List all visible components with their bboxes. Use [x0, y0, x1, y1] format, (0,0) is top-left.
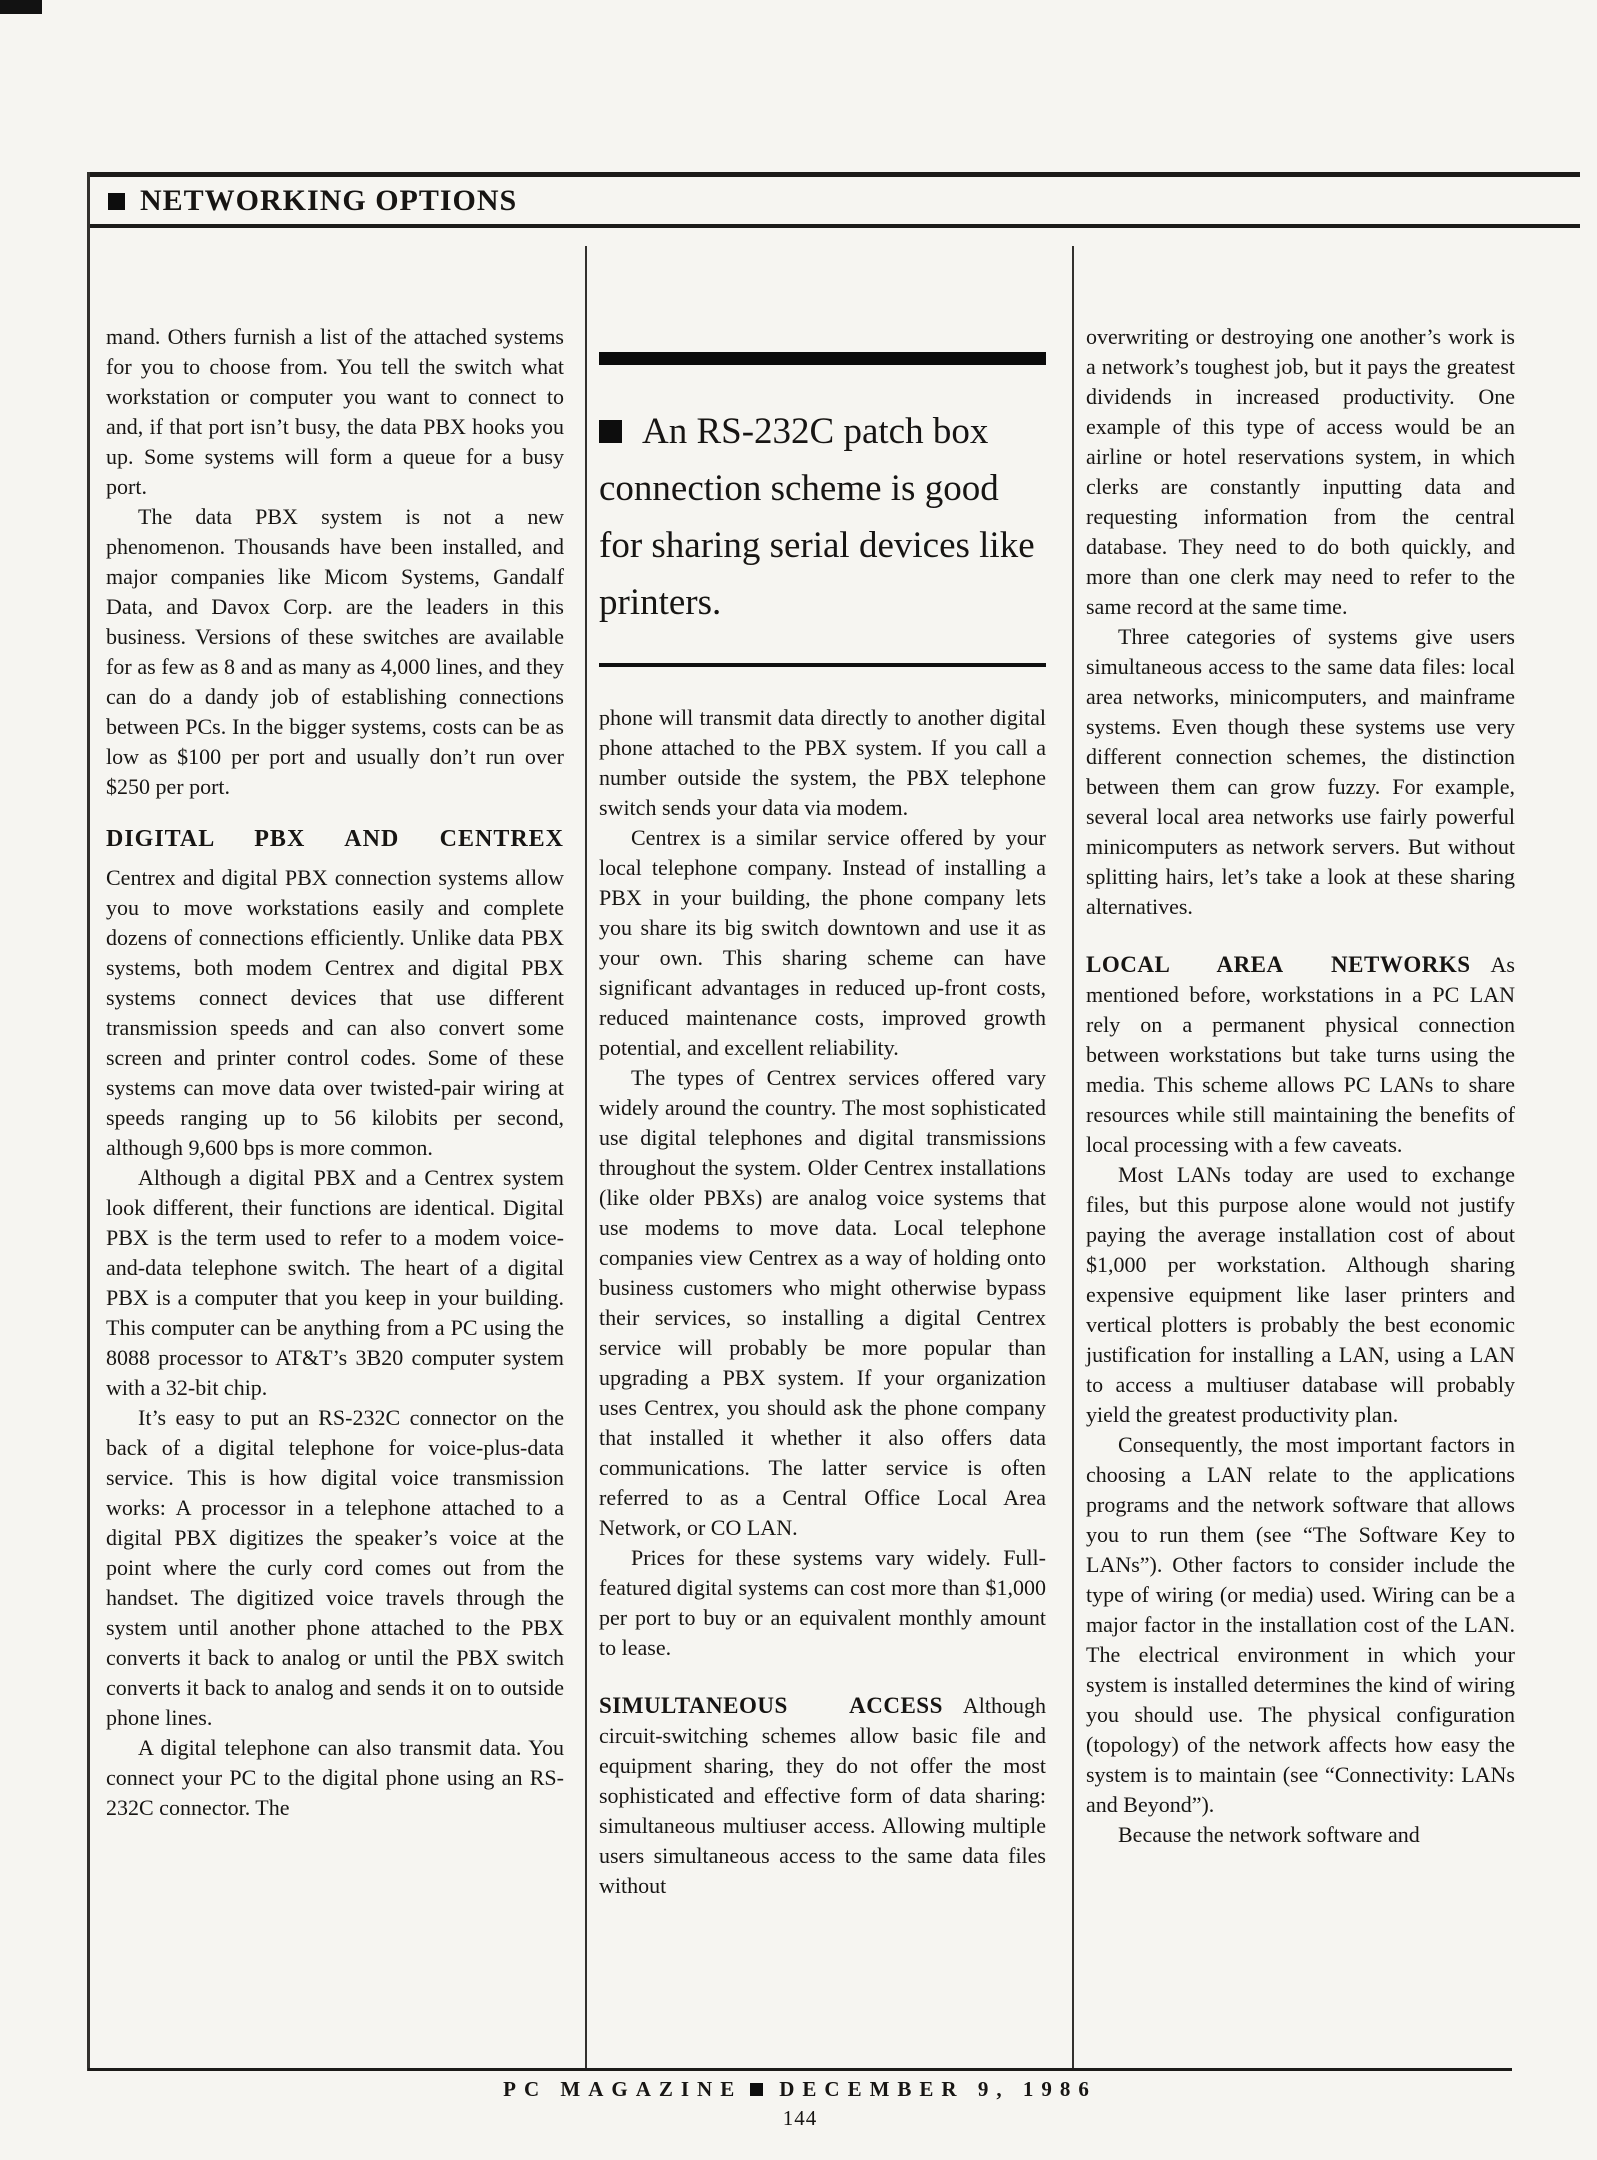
runin-text: As mentioned before, workstations in a P…: [1086, 952, 1515, 1157]
paragraph-with-runin-head: LOCAL AREA NETWORKSAs mentioned before, …: [1086, 950, 1515, 1160]
pull-quote-top-bar: [599, 352, 1046, 365]
black-square-icon: [108, 193, 125, 210]
paragraph: Prices for these systems vary widely. Fu…: [599, 1543, 1046, 1663]
footer-magazine-date: PC MAGAZINEDECEMBER 9, 1986: [88, 2077, 1512, 2102]
paragraph: Three categories of systems give users s…: [1086, 622, 1515, 922]
page-footer: PC MAGAZINEDECEMBER 9, 1986 144: [88, 2077, 1512, 2131]
paragraph: A digital telephone can also transmit da…: [106, 1733, 564, 1823]
scan-artifact: [0, 0, 42, 14]
subhead-local-area-networks: LOCAL AREA NETWORKS: [1086, 952, 1491, 977]
paragraph: The types of Centrex services offered va…: [599, 1063, 1046, 1543]
paragraph: overwriting or destroying one another’s …: [1086, 322, 1515, 622]
subhead-simultaneous-access: SIMULTANEOUS ACCESS: [599, 1693, 963, 1718]
paragraph: It’s easy to put an RS-232C connector on…: [106, 1403, 564, 1733]
black-square-icon: [750, 2083, 763, 2096]
magazine-name: PC MAGAZINE: [503, 2077, 742, 2101]
paragraph: Consequently, the most important factors…: [1086, 1430, 1515, 1820]
paragraph-with-runin-head: SIMULTANEOUS ACCESSAlthough circuit-swit…: [599, 1691, 1046, 1901]
subhead-digital-pbx-and-centrex: DIGITAL PBX AND CENTREX: [106, 826, 564, 853]
pull-quote-text: An RS-232C patch box connection scheme i…: [599, 403, 1046, 631]
header-bottom-rule: [88, 224, 1580, 228]
pull-quote-body: An RS-232C patch box connection scheme i…: [599, 411, 1035, 623]
column-divider-2: [1072, 246, 1074, 2068]
pull-quote: An RS-232C patch box connection scheme i…: [599, 352, 1046, 667]
runin-text: Although circuit-switching schemes allow…: [599, 1693, 1046, 1898]
footer-rule: [88, 2068, 1512, 2071]
paragraph: Centrex and digital PBX connection syste…: [106, 863, 564, 1163]
paragraph: phone will transmit data directly to ano…: [599, 703, 1046, 823]
paragraph: The data PBX system is not a new phenome…: [106, 502, 564, 802]
column-divider-1: [585, 246, 587, 2068]
header-top-rule: [88, 172, 1580, 177]
column-left: mand. Others furnish a list of the attac…: [106, 322, 564, 1823]
paragraph: Although a digital PBX and a Centrex sys…: [106, 1163, 564, 1403]
pull-quote-bottom-rule: [599, 663, 1046, 667]
paragraph: Most LANs today are used to exchange fil…: [1086, 1160, 1515, 1430]
section-header: NETWORKING OPTIONS: [108, 179, 517, 223]
magazine-page: NETWORKING OPTIONS mand. Others furnish …: [0, 0, 1597, 2160]
paragraph: mand. Others furnish a list of the attac…: [106, 322, 564, 502]
left-page-rule: [87, 172, 90, 2071]
section-title: NETWORKING OPTIONS: [140, 184, 517, 218]
issue-date: DECEMBER 9, 1986: [779, 2077, 1097, 2101]
black-square-icon: [599, 420, 622, 443]
paragraph: Centrex is a similar service offered by …: [599, 823, 1046, 1063]
paragraph: Because the network software and: [1086, 1820, 1515, 1850]
column-middle: An RS-232C patch box connection scheme i…: [599, 352, 1046, 1901]
page-number: 144: [88, 2106, 1512, 2131]
column-right: overwriting or destroying one another’s …: [1086, 322, 1515, 1850]
